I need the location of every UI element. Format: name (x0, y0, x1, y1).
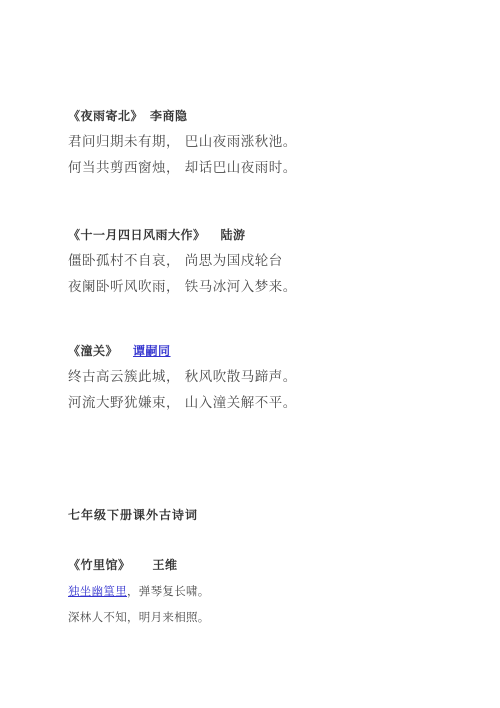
poem-title: 《夜雨寄北》 (68, 109, 143, 123)
poem-title-line: 《十一月四日风雨大作》陆游 (68, 222, 470, 248)
poem-title-line: 《潼关》谭嗣同 (68, 338, 470, 364)
poem-author: 陆游 (221, 228, 246, 242)
poem-title: 《潼关》 (68, 344, 118, 358)
section-heading-grade7-part2: 七年级下册课外古诗词 (68, 502, 470, 528)
poem-line: 君问归期未有期， 巴山夜雨涨秋池。 (68, 129, 470, 155)
poem-title-line: 《竹里馆》王维 (68, 552, 470, 578)
poem-line: 独坐幽篁里，弹琴复长啸。 (68, 578, 470, 604)
poem-tongguan: 《潼关》谭嗣同 终古高云簇此城， 秋风吹散马蹄声。 河流大野犹嫌束， 山入潼关解… (68, 338, 470, 416)
document-page: 《夜雨寄北》李商隐 君问归期未有期， 巴山夜雨涨秋池。 何当共剪西窗烛， 却话巴… (0, 0, 500, 708)
poem-author: 李商隐 (150, 109, 188, 123)
poem-line: 何当共剪西窗烛， 却话巴山夜雨时。 (68, 155, 470, 181)
poem-line: 深林人不知，明月来相照。 (68, 604, 470, 630)
author-link-tansitong[interactable]: 谭嗣同 (133, 344, 171, 358)
document-content: 《夜雨寄北》李商隐 君问归期未有期， 巴山夜雨涨秋池。 何当共剪西窗烛， 却话巴… (0, 0, 500, 630)
poem-title: 《竹里馆》 (68, 558, 131, 572)
poem-zhuliguan: 《竹里馆》王维 独坐幽篁里，弹琴复长啸。 深林人不知，明月来相照。 (68, 552, 470, 630)
poem-line: 僵卧孤村不自哀， 尚思为国戍轮台 (68, 248, 470, 274)
poem-line: 夜阑卧听风吹雨， 铁马冰河入梦来。 (68, 274, 470, 300)
poem-line: 河流大野犹嫌束， 山入潼关解不平。 (68, 390, 470, 416)
poem-text-link-duzuoyouhuangli[interactable]: 独坐幽篁里 (68, 584, 127, 598)
poem-yeyujibei: 《夜雨寄北》李商隐 君问归期未有期， 巴山夜雨涨秋池。 何当共剪西窗烛， 却话巴… (68, 103, 470, 181)
poem-line: 终古高云簇此城， 秋风吹散马蹄声。 (68, 364, 470, 390)
poem-shiyiyuesiri-fengyudazuo: 《十一月四日风雨大作》陆游 僵卧孤村不自哀， 尚思为国戍轮台 夜阑卧听风吹雨， … (68, 222, 470, 300)
poem-author: 王维 (153, 558, 178, 572)
poem-title-line: 《夜雨寄北》李商隐 (68, 103, 470, 129)
poem-title: 《十一月四日风雨大作》 (68, 228, 206, 242)
poem-line-rest: ，弹琴复长啸。 (127, 584, 210, 598)
